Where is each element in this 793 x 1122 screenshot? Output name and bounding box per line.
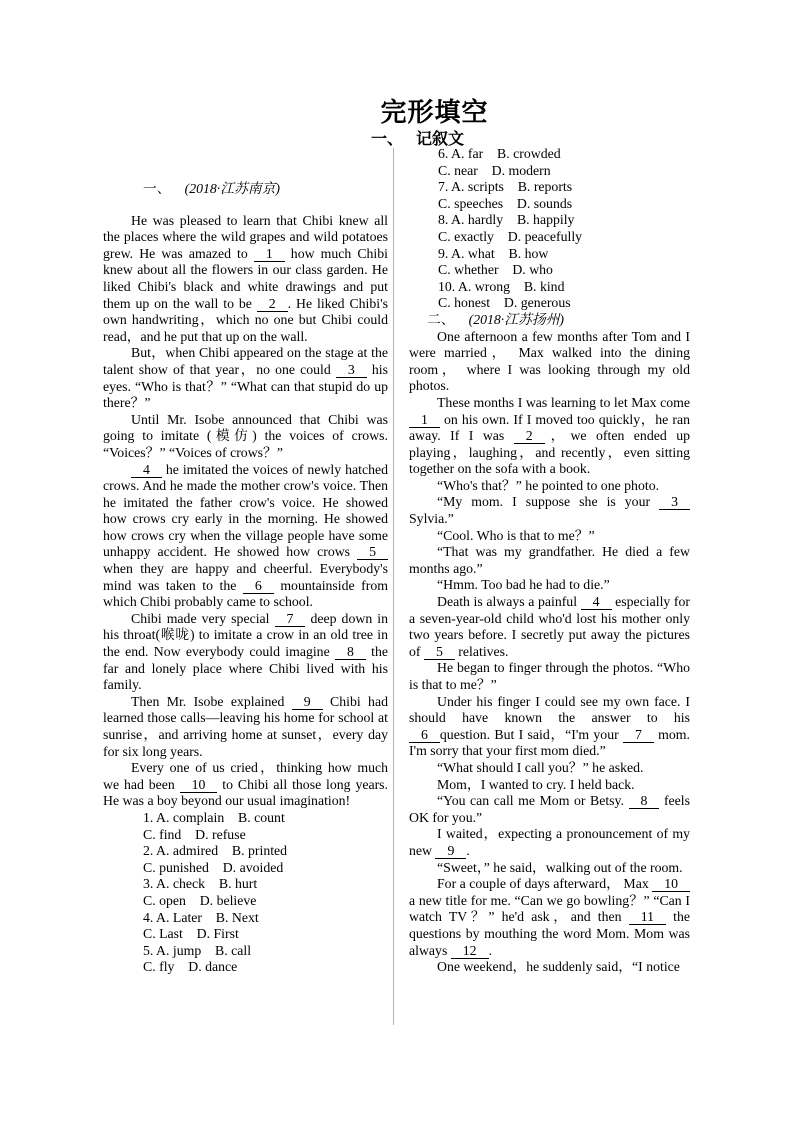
paragraph: “That was my grandfather. He died a few … xyxy=(409,544,690,577)
passage2-source: (2018·江苏扬州) xyxy=(469,312,564,327)
paragraph: “Hmm. Too bad he had to die.” xyxy=(409,577,690,594)
paragraph: Then Mr. Isobe explained 9 Chibi had lea… xyxy=(103,694,388,760)
option-line: 5. A. jump B. call xyxy=(103,943,388,960)
cloze-blank: 3 xyxy=(336,362,367,378)
cloze-blank: 5 xyxy=(424,644,455,660)
option-line: C. exactly D. peacefully xyxy=(409,229,690,246)
option-line: 3. A. check B. hurt xyxy=(103,876,388,893)
cloze-blank: 7 xyxy=(623,727,654,743)
paragraph: “Who's that？” he pointed to one photo. xyxy=(409,478,690,495)
cloze-blank: 10 xyxy=(652,876,690,892)
paragraph: One afternoon a few months after Tom and… xyxy=(409,329,690,395)
cloze-blank: 9 xyxy=(435,843,466,859)
cloze-blank: 11 xyxy=(629,909,666,925)
cloze-blank: 6 xyxy=(409,727,440,743)
passage1-heading: 一、(2018·江苏南京) xyxy=(103,181,388,198)
cloze-blank: 1 xyxy=(254,246,285,262)
option-line: C. open D. believe xyxy=(103,893,388,910)
cloze-blank: 4 xyxy=(131,462,162,478)
paragraph: Under his finger I could see my own face… xyxy=(409,694,690,760)
option-line: C. fly D. dance xyxy=(103,959,388,976)
cloze-blank: 8 xyxy=(335,644,366,660)
options-6-10: 6. A. far B. crowded C. near D. modern 7… xyxy=(409,146,690,312)
worksheet-page: 完形填空 一、记叙文 一、(2018·江苏南京) He was pleased … xyxy=(0,0,793,1122)
paragraph: “You can call me Mom or Betsy. 8 feels O… xyxy=(409,793,690,826)
cloze-blank: 6 xyxy=(243,578,274,594)
paragraph: Every one of us cried，thinking how much … xyxy=(103,760,388,810)
cloze-blank: 3 xyxy=(659,494,690,510)
option-line: 4. A. Later B. Next xyxy=(103,910,388,927)
paragraph: These months I was learning to let Max c… xyxy=(409,395,690,478)
option-line: C. Last D. First xyxy=(103,926,388,943)
paragraph: For a couple of days afterward， Max 10 a… xyxy=(409,876,690,959)
paragraph: One weekend，he suddenly said，“I notice xyxy=(409,959,690,976)
option-line: 1. A. complain B. count xyxy=(103,810,388,827)
passage1-source: (2018·江苏南京) xyxy=(185,181,280,196)
paragraph: “Sweet，” he said，walking out of the room… xyxy=(409,860,690,877)
cloze-blank: 1 xyxy=(409,412,440,428)
cloze-blank: 10 xyxy=(180,777,218,793)
cloze-blank: 12 xyxy=(451,943,489,959)
paragraph: Death is always a painful 4 especially f… xyxy=(409,594,690,660)
passage2-number: 二、 xyxy=(427,312,455,327)
left-column: 一、(2018·江苏南京) He was pleased to learn th… xyxy=(103,181,388,976)
page-title: 完形填空 xyxy=(38,92,793,129)
option-line: 9. A. what B. how xyxy=(409,246,690,263)
cloze-blank: 8 xyxy=(629,793,660,809)
cloze-blank: 4 xyxy=(581,594,612,610)
passage1-number: 一、 xyxy=(143,181,171,196)
cloze-blank: 9 xyxy=(292,694,323,710)
option-line: 10. A. wrong B. kind xyxy=(409,279,690,296)
option-line: 2. A. admired B. printed xyxy=(103,843,388,860)
paragraph: “What should I call you？” he asked. xyxy=(409,760,690,777)
option-line: 6. A. far B. crowded xyxy=(409,146,690,163)
options-1-5: 1. A. complain B. count C. find D. refus… xyxy=(103,810,388,976)
option-line: 7. A. scripts B. reports xyxy=(409,179,690,196)
paragraph: Chibi made very special 7 deep down in h… xyxy=(103,611,388,694)
paragraph: “Cool. Who is that to me？” xyxy=(409,528,690,545)
paragraph: Until Mr. Isobe announced that Chibi was… xyxy=(103,412,388,462)
option-line: C. honest D. generous xyxy=(409,295,690,312)
option-line: C. whether D. who xyxy=(409,262,690,279)
right-column: 6. A. far B. crowded C. near D. modern 7… xyxy=(409,146,690,976)
passage2-heading: 二、(2018·江苏扬州) xyxy=(409,312,690,329)
option-line: C. near D. modern xyxy=(409,163,690,180)
option-line: 8. A. hardly B. happily xyxy=(409,212,690,229)
paragraph: He began to finger through the photos. “… xyxy=(409,660,690,693)
paragraph: But，when Chibi appeared on the stage at … xyxy=(103,345,388,411)
cloze-blank: 7 xyxy=(275,611,306,627)
option-line: C. punished D. avoided xyxy=(103,860,388,877)
cloze-blank: 2 xyxy=(514,428,545,444)
paragraph: He was pleased to learn that Chibi knew … xyxy=(103,213,388,346)
option-line: C. find D. refuse xyxy=(103,827,388,844)
section-number: 一、 xyxy=(371,131,403,148)
paragraph: “My mom. I suppose she is your 3 Sylvia.… xyxy=(409,494,690,527)
paragraph: Mom，I wanted to cry. I held back. xyxy=(409,777,690,794)
paragraph: I waited，expecting a pronouncement of my… xyxy=(409,826,690,859)
cloze-blank: 2 xyxy=(257,296,288,312)
paragraph: 4 he imitated the voices of newly hatche… xyxy=(103,462,388,611)
option-line: C. speeches D. sounds xyxy=(409,196,690,213)
cloze-blank: 5 xyxy=(357,544,388,560)
column-divider xyxy=(393,148,394,1025)
